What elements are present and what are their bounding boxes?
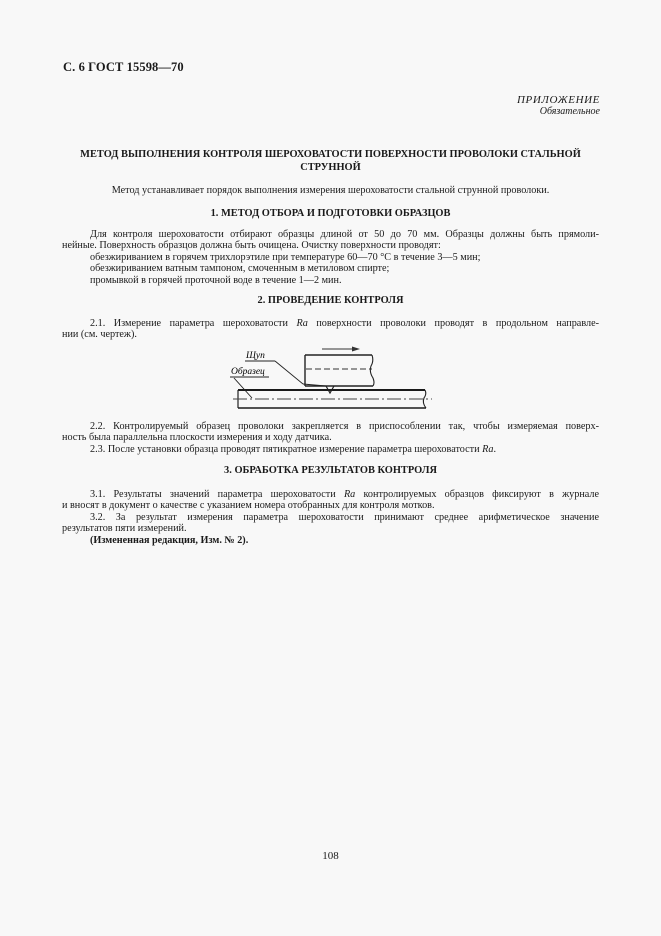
page-number: 108 xyxy=(0,850,661,862)
paragraph-3-1-line-2: и вносят в документ о качестве с указани… xyxy=(62,500,599,511)
paragraph-2-2-line-1: 2.2. Контролируемый образец проволоки за… xyxy=(62,421,599,432)
paragraph-2-2: 2.2. Контролируемый образец проволоки за… xyxy=(62,421,599,455)
ra-symbol: Ra xyxy=(482,444,493,455)
paragraph-3-2-line-1: 3.2. За результат измерения параметра ше… xyxy=(62,512,599,523)
section-3-body: 3.1. Результаты значений параметра шерох… xyxy=(62,489,599,546)
sample-label: Образец xyxy=(231,366,265,377)
wire-sample xyxy=(233,390,432,408)
probe-label: Щуп xyxy=(245,351,265,361)
direction-arrow-icon xyxy=(322,347,360,352)
probe-carrier xyxy=(305,355,374,386)
paragraph-2-3: 2.3. После установки образца проводят пя… xyxy=(62,444,599,455)
amendment-note: (Измененная редакция, Изм. № 2). xyxy=(62,535,599,546)
sample-label-group: Образец xyxy=(230,366,269,398)
paragraph-2-2-line-2: ность была параллельна плоскости измерен… xyxy=(62,432,599,443)
paragraph-3-1-line-1: 3.1. Результаты значений параметра шерох… xyxy=(62,489,599,500)
section-3-title: 3. ОБРАБОТКА РЕЗУЛЬТАТОВ КОНТРОЛЯ xyxy=(62,465,599,476)
ra-symbol: Ra xyxy=(344,489,355,500)
paragraph-3-2-line-2: результатов пяти измерений. xyxy=(62,523,599,534)
